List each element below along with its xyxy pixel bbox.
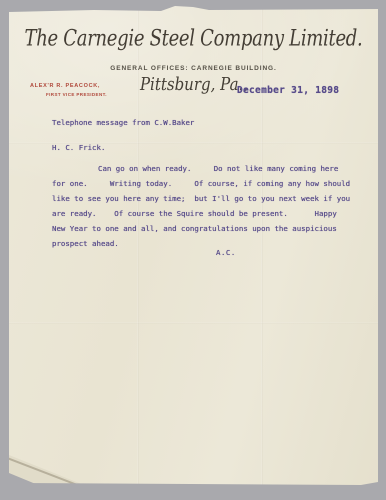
recipient-line: H. C. Frick. xyxy=(52,143,105,152)
letter-body: Can go on when ready. Do not like many c… xyxy=(52,161,362,251)
date-line: December 31, 1898 xyxy=(237,85,339,96)
body-line-2: for one. Writing today. Of course, if co… xyxy=(52,176,362,191)
body-line-3: like to see you here any time; but I'll … xyxy=(52,191,362,206)
horizontal-fold-crease xyxy=(9,322,378,324)
officer-title: FIRST VICE PRESIDENT. xyxy=(46,92,107,97)
company-name: The Carnegie Steel Company Limited. xyxy=(9,26,378,52)
body-line-6: prospect ahead. xyxy=(52,236,362,251)
signature-initials: A.C. xyxy=(216,248,236,257)
officer-name: ALEX'R R. PEACOCK, xyxy=(30,83,100,89)
letter-paper: The Carnegie Steel Company Limited. GENE… xyxy=(9,6,378,487)
general-offices-line: GENERAL OFFICES: CARNEGIE BUILDING. xyxy=(9,65,378,72)
body-line-1: Can go on when ready. Do not like many c… xyxy=(52,161,362,176)
body-line-4: are ready. Of course the Squire should b… xyxy=(52,206,362,221)
body-line-5: New Year to one and all, and congratulat… xyxy=(52,221,362,236)
photo-backdrop: The Carnegie Steel Company Limited. GENE… xyxy=(0,0,386,500)
subject-line: Telephone message from C.W.Baker xyxy=(52,118,194,127)
